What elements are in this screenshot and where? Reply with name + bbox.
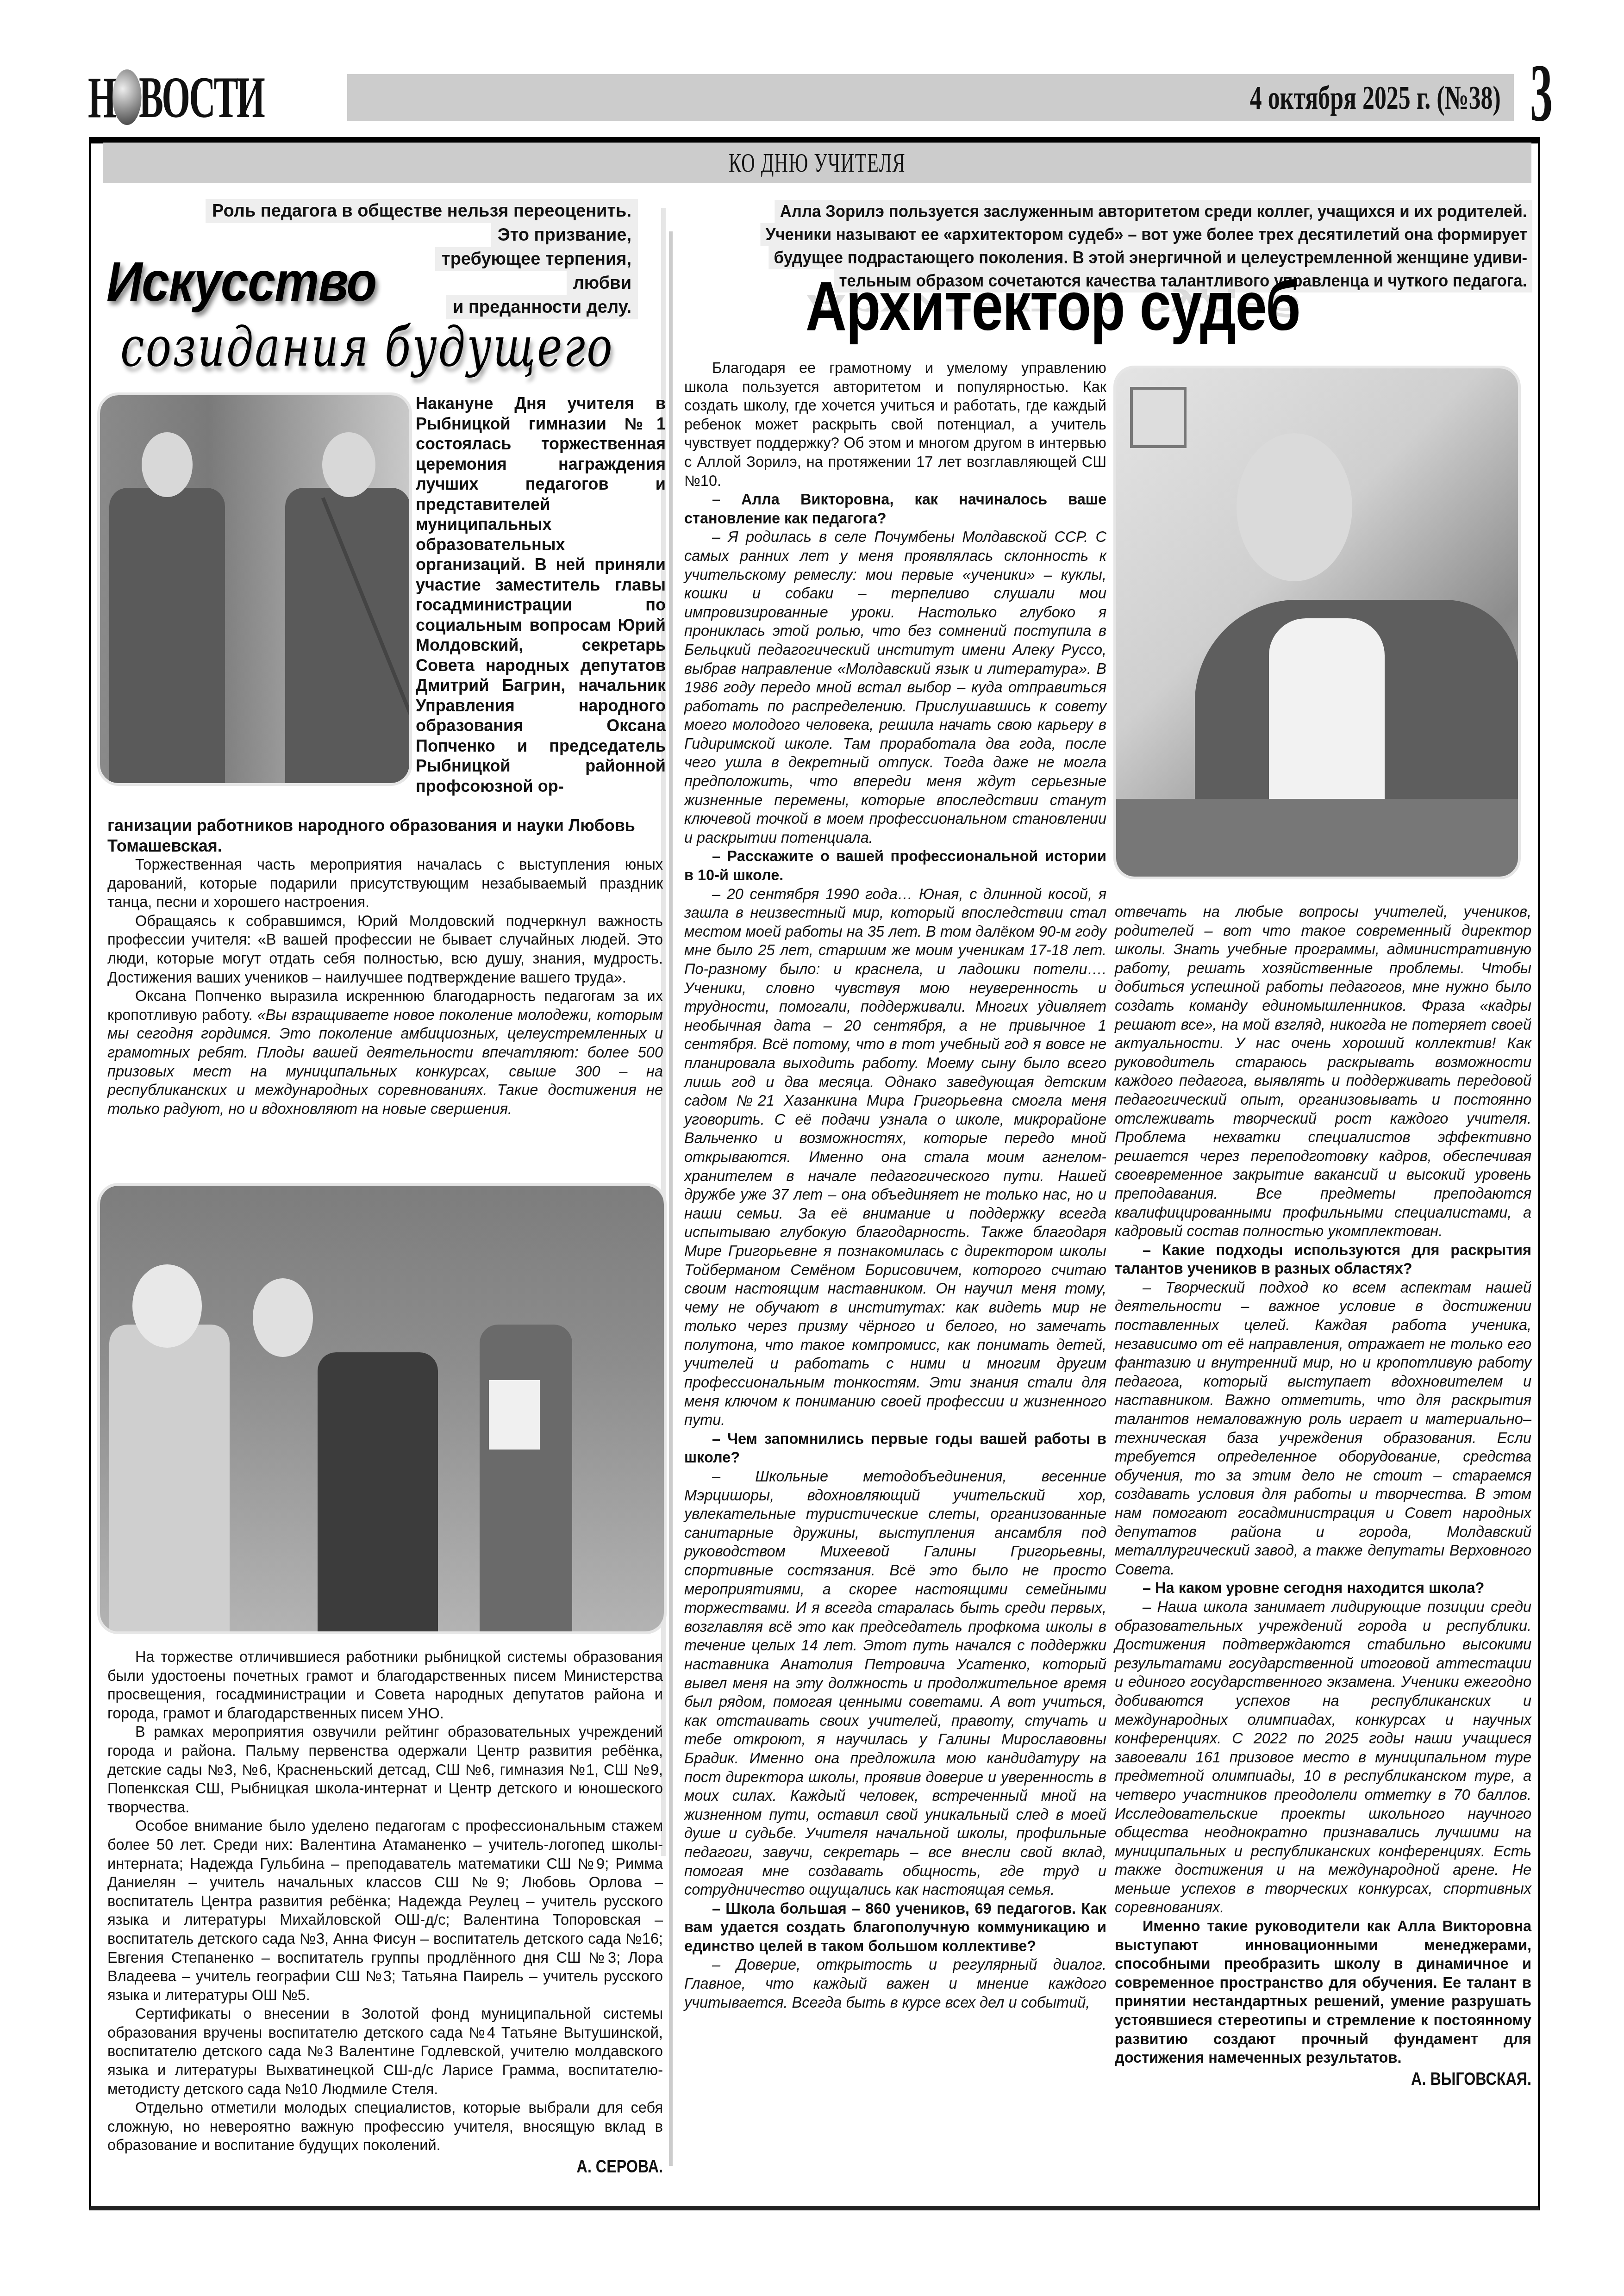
left-body-part-2: На торжестве отличившиеся работники рыбн… — [107, 1648, 663, 2177]
interview-answer: – 20 сентября 1990 года… Юная, с длинной… — [684, 885, 1106, 1430]
photo-figure-2 — [318, 1352, 438, 1634]
interview-question: – Чем запомнились первые годы вашей рабо… — [684, 1430, 1106, 1467]
right-column-text: отвечать на любые вопросы учителей, учен… — [1115, 902, 1531, 2089]
middle-column-text: Благодаря ее грамотному и умелому управл… — [684, 359, 1106, 2012]
interview-question: – На каком уровне сегодня находится школ… — [1115, 1579, 1531, 1598]
deck-line: Ученики называют ее «архитектором судеб»… — [760, 223, 1532, 246]
photo-head-2 — [253, 1278, 313, 1357]
deck-line: Алла Зорилэ пользуется заслуженным автор… — [775, 200, 1532, 223]
paragraph: Торжественная часть мероприятия началась… — [107, 855, 663, 912]
interview-answer: – Я родилась в селе Почумбены Молдавской… — [684, 528, 1106, 847]
interview-answer: – Творческий подход ко всем аспектам наш… — [1115, 1278, 1531, 1579]
date-bar: 4 октября 2025 г. (№38) — [347, 74, 1514, 121]
interview-answer: – Наша школа занимает лидирующие позиции… — [1115, 1598, 1531, 1917]
byline-vygovskaya: А. ВЫГОВСКАЯ. — [1177, 2070, 1531, 2089]
paragraph: Обращаясь к собравшимся, Юрий Молдовский… — [107, 912, 663, 987]
newspaper-logo[interactable]: НВОСТИ — [88, 69, 263, 125]
interview-answer: – Школьные методобъединения, весенние Мэ… — [684, 1467, 1106, 1899]
intro-bold-tail: ганизации работников народного образован… — [107, 815, 663, 856]
lead-line: требующее терпения, — [435, 247, 638, 271]
lead-line: Это призвание, — [491, 223, 638, 247]
lead-line: любви — [567, 271, 638, 295]
article-title-line-1: Искусство — [106, 250, 376, 314]
photo-head-1 — [132, 1264, 202, 1348]
photo-head-right — [322, 432, 375, 497]
logo-letters: ВОСТИ — [139, 64, 263, 130]
paragraph: Оксана Попченко выразила искреннюю благо… — [107, 987, 663, 1118]
photo-figure-3 — [480, 1325, 572, 1634]
logo-letter-n: Н — [88, 64, 115, 130]
photo-head-woman — [1237, 433, 1352, 581]
interview-question: – Школа большая – 860 учеников, 69 педаг… — [684, 1899, 1106, 1956]
icon-frame-icon — [1130, 387, 1187, 448]
photo-blouse — [1269, 618, 1385, 813]
photo-alla-zorile[interactable] — [1113, 366, 1521, 879]
column-divider — [669, 231, 673, 2166]
photo-desk — [1116, 799, 1521, 879]
rubric-bar: КО ДНЮ УЧИТЕЛЯ — [103, 143, 1531, 183]
interview-answer-continued: отвечать на любые вопросы учителей, учен… — [1115, 902, 1531, 1241]
paragraph: В рамках мероприятия озвучили рейтинг об… — [107, 1723, 663, 1817]
certificate-icon — [489, 1380, 540, 1450]
page-number: 3 — [1530, 51, 1553, 134]
byline-serova: А. СЕРОВА. — [191, 2158, 663, 2177]
interview-question: – Какие подходы используются для раскрыт… — [1115, 1241, 1531, 1278]
photo-head-left — [142, 432, 193, 497]
interview-question: – Расскажите о вашей профессиональной ис… — [684, 847, 1106, 884]
photo-figure-right — [285, 488, 410, 786]
photo-award-ceremony[interactable] — [97, 1183, 667, 1634]
interview-question: – Алла Викторовна, как начиналось ваше с… — [684, 490, 1106, 528]
rubric-title: КО ДНЮ УЧИТЕЛЯ — [729, 143, 906, 183]
interview-answer: – Доверие, открытость и регулярный диало… — [684, 1955, 1106, 2012]
intro-bold-text: Накануне Дня учителя в Рыбницкой гимнази… — [416, 393, 666, 796]
photo-officials-at-microphone[interactable] — [97, 392, 412, 786]
issue-date: 4 октября 2025 г. (№38) — [1250, 78, 1501, 118]
paragraph: На торжестве отличившиеся работники рыбн… — [107, 1648, 663, 1723]
article-title: Архитектор судеб — [806, 266, 1300, 346]
paragraph: Особое внимание было уделено педагогам с… — [107, 1817, 663, 2004]
masthead: НВОСТИ 4 октября 2025 г. (№38) 3 — [88, 69, 1546, 125]
globe-icon — [112, 69, 141, 125]
lead-line: Роль педагога в обществе нельзя переоцен… — [206, 199, 638, 223]
left-body-part-1: Торжественная часть мероприятия началась… — [107, 855, 663, 1118]
interview-intro: Благодаря ее грамотному и умелому управл… — [684, 359, 1106, 490]
photo-figure-left — [109, 488, 225, 786]
article-conclusion: Именно такие руководители как Алла Викто… — [1115, 1917, 1531, 2067]
paragraph: Отдельно отметили молодых специалистов, … — [107, 2098, 663, 2155]
paragraph: Сертификаты о внесении в Золотой фонд му… — [107, 2004, 663, 2098]
article-title-line-2: созидания будущего — [120, 315, 614, 379]
photo-figure-1 — [109, 1325, 230, 1634]
